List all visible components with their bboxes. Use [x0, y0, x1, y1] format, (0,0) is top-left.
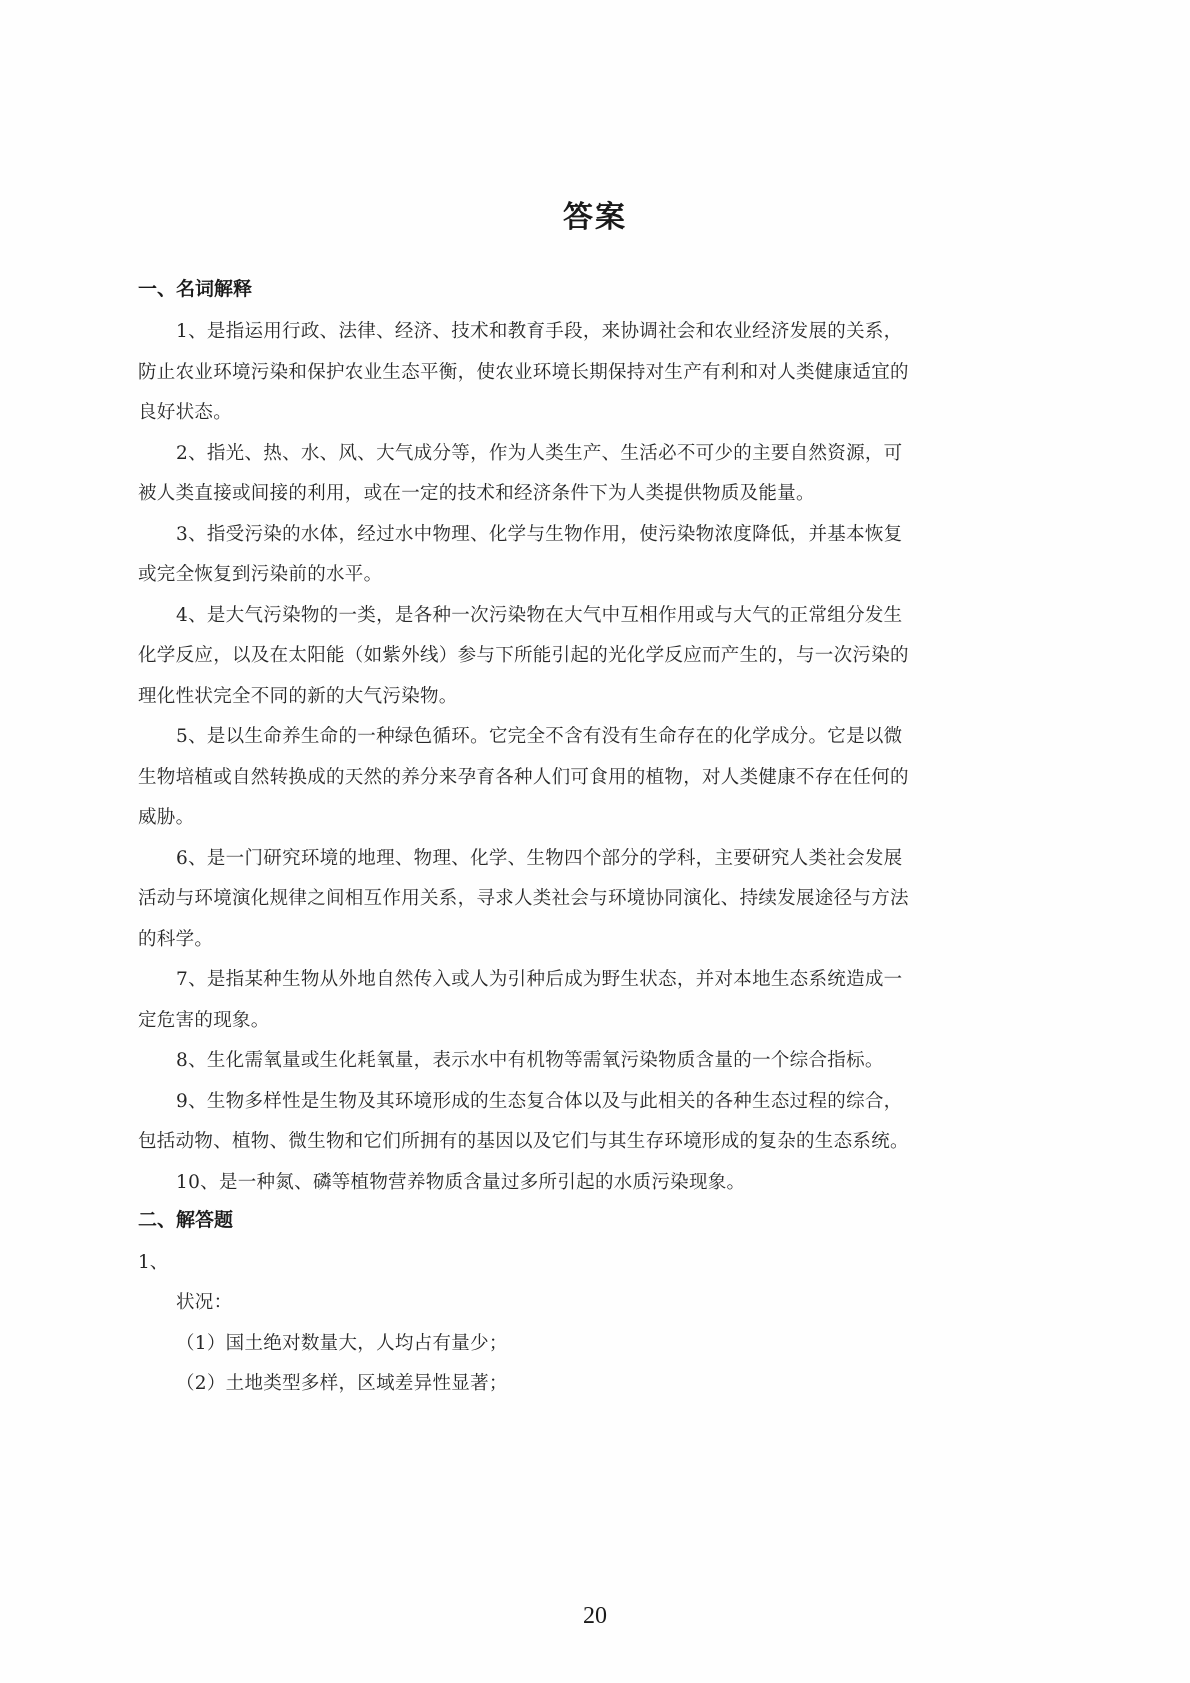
paragraph-line: 理化性状完全不同的新的大气污染物。 — [138, 677, 1038, 718]
answer-paragraph-10: 10、是一种氮、磷等植物营养物质含量过多所引起的水质污染现象。 — [138, 1163, 1038, 1204]
document-page: 答案 一、名词解释 1、是指运用行政、法律、经济、技术和教育手段，来协调社会和农… — [0, 0, 1190, 1683]
page-content: 一、名词解释 1、是指运用行政、法律、经济、技术和教育手段，来协调社会和农业经济… — [138, 272, 1038, 1405]
page-title: 答案 — [0, 198, 1190, 238]
answer-paragraph-6: 6、是一门研究环境的地理、物理、化学、生物四个部分的学科，主要研究人类社会发展 … — [138, 839, 1038, 961]
paragraph-line: 2、指光、热、水、风、大气成分等，作为人类生产、生活必不可少的主要自然资源，可 — [138, 434, 1038, 475]
paragraph-line: 威胁。 — [138, 798, 1038, 839]
paragraph-line: 3、指受污染的水体，经过水中物理、化学与生物作用，使污染物浓度降低，并基本恢复 — [138, 515, 1038, 556]
paragraph-line: 8、生化需氧量或生化耗氧量，表示水中有机物等需氧污染物质含量的一个综合指标。 — [138, 1041, 1038, 1082]
paragraph-line: 7、是指某种生物从外地自然传入或人为引种后成为野生状态，并对本地生态系统造成一 — [138, 960, 1038, 1001]
answer-paragraph-7: 7、是指某种生物从外地自然传入或人为引种后成为野生状态，并对本地生态系统造成一 … — [138, 960, 1038, 1041]
paragraph-line: 包括动物、植物、微生物和它们所拥有的基因以及它们与其生存环境形成的复杂的生态系统… — [138, 1122, 1038, 1163]
paragraph-line: 生物培植或自然转换成的天然的养分来孕育各种人们可食用的植物，对人类健康不存在任何… — [138, 758, 1038, 799]
paragraph-line: 被人类直接或间接的利用，或在一定的技术和经济条件下为人类提供物质及能量。 — [138, 474, 1038, 515]
paragraph-line: 或完全恢复到污染前的水平。 — [138, 555, 1038, 596]
section-heading-terms: 一、名词解释 — [138, 272, 1038, 306]
paragraph-line: 4、是大气污染物的一类，是各种一次污染物在大气中互相作用或与大气的正常组分发生 — [138, 596, 1038, 637]
answer-paragraph-1: 1、是指运用行政、法律、经济、技术和教育手段，来协调社会和农业经济发展的关系， … — [138, 312, 1038, 434]
paragraph-line: 6、是一门研究环境的地理、物理、化学、生物四个部分的学科，主要研究人类社会发展 — [138, 839, 1038, 880]
paragraph-line: 活动与环境演化规律之间相互作用关系，寻求人类社会与环境协同演化、持续发展途径与方… — [138, 879, 1038, 920]
paragraph-line: 1、是指运用行政、法律、经济、技术和教育手段，来协调社会和农业经济发展的关系， — [138, 312, 1038, 353]
answer-paragraph-4: 4、是大气污染物的一类，是各种一次污染物在大气中互相作用或与大气的正常组分发生 … — [138, 596, 1038, 718]
paragraph-line: 9、生物多样性是生物及其环境形成的生态复合体以及与此相关的各种生态过程的综合， — [138, 1082, 1038, 1123]
question-number: 1、 — [138, 1243, 1038, 1283]
paragraph-line: 定危害的现象。 — [138, 1001, 1038, 1042]
answer-paragraph-5: 5、是以生命养生命的一种绿色循环。它完全不含有没有生命存在的化学成分。它是以微 … — [138, 717, 1038, 839]
answer-paragraph-8: 8、生化需氧量或生化耗氧量，表示水中有机物等需氧污染物质含量的一个综合指标。 — [138, 1041, 1038, 1082]
answer-list-item: （1）国土绝对数量大，人均占有量少； — [138, 1324, 1038, 1365]
paragraph-line: 的科学。 — [138, 920, 1038, 961]
answer-list-item: （2）土地类型多样，区域差异性显著； — [138, 1364, 1038, 1405]
section-heading-questions: 二、解答题 — [138, 1203, 1038, 1237]
paragraph-line: 良好状态。 — [138, 393, 1038, 434]
answer-paragraph-2: 2、指光、热、水、风、大气成分等，作为人类生产、生活必不可少的主要自然资源，可 … — [138, 434, 1038, 515]
paragraph-line: 化学反应，以及在太阳能（如紫外线）参与下所能引起的光化学反应而产生的，与一次污染… — [138, 636, 1038, 677]
answer-paragraph-3: 3、指受污染的水体，经过水中物理、化学与生物作用，使污染物浓度降低，并基本恢复 … — [138, 515, 1038, 596]
answer-paragraph-9: 9、生物多样性是生物及其环境形成的生态复合体以及与此相关的各种生态过程的综合， … — [138, 1082, 1038, 1163]
paragraph-line: 防止农业环境污染和保护农业生态平衡，使农业环境长期保持对生产有利和对人类健康适宜… — [138, 353, 1038, 394]
paragraph-line: 5、是以生命养生命的一种绿色循环。它完全不含有没有生命存在的化学成分。它是以微 — [138, 717, 1038, 758]
page-number: 20 — [0, 1603, 1190, 1630]
question-label: 状况： — [138, 1283, 1038, 1324]
paragraph-line: 10、是一种氮、磷等植物营养物质含量过多所引起的水质污染现象。 — [138, 1163, 1038, 1204]
